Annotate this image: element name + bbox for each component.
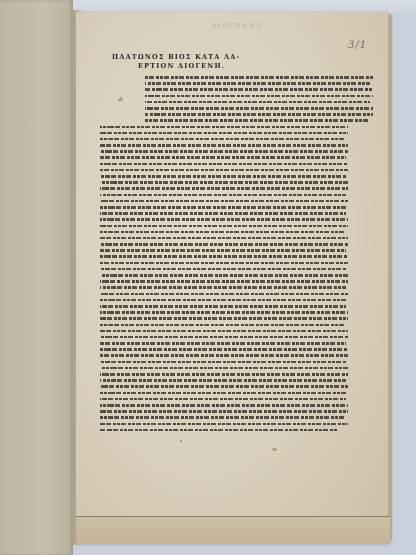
text-line [100,249,346,252]
text-line [100,138,346,141]
text-line [100,423,348,426]
text-line [100,206,348,209]
text-line [100,410,348,413]
text-line [145,113,373,116]
text-line [100,305,346,308]
text-line [100,243,348,246]
text-line [100,286,346,289]
page-edge [388,14,392,541]
text-line [100,225,348,228]
text-line [145,107,373,110]
text-line [100,361,346,364]
body-text-block [100,76,348,435]
text-line [100,317,348,320]
text-line [100,156,346,159]
text-line [100,194,346,197]
text-line [100,336,348,339]
text-line [100,404,348,407]
speck [180,440,182,442]
folio-number: 3/1 [348,40,367,51]
text-line [100,379,346,382]
text-line [100,262,348,265]
running-head-ghost: ΔΙΟΓΕΝΗΣ [212,23,263,30]
text-line [100,385,348,388]
text-line [100,144,348,147]
text-line [100,218,348,221]
text-line [100,181,348,184]
chapter-heading: ΠΛΑΤΩΝΟΣ ΒΙΟΣ ΚΑΤΑ ΛΑ- ΕΡΤΙΟΝ ΔΙΟΓΕΝΗ. [112,53,342,71]
heading-line-1: ΠΛΑΤΩΝΟΣ ΒΙΟΣ ΚΑΤΑ ΛΑ- [112,53,240,61]
text-line [100,299,348,302]
text-line [100,280,348,283]
text-line [100,126,348,129]
text-line [100,324,346,327]
text-line [100,429,338,432]
text-line [100,150,348,153]
text-line [100,200,348,203]
page-bottom-fold [76,516,390,544]
text-line [100,237,348,240]
text-line [100,348,348,351]
text-line [145,88,373,91]
text-line [145,95,373,98]
text-line [100,416,346,419]
text-line [100,392,348,395]
text-line [100,354,348,357]
text-line [100,342,346,345]
text-line [100,398,346,401]
text-line [145,119,371,122]
text-line [100,163,348,166]
text-line [100,373,348,376]
text-line [100,367,348,370]
heading-line-2: ΕΡΤΙΟΝ ΔΙΟΓΕΝΗ. [112,62,342,71]
left-page [0,0,73,555]
text-line [100,255,348,258]
text-line [100,231,346,234]
text-line [145,76,373,79]
text-line [100,187,348,190]
text-line [100,311,348,314]
text-line [100,212,346,215]
text-line [100,274,348,277]
text-line [100,132,348,135]
text-line [100,175,346,178]
text-line [100,330,348,333]
text-line [100,268,346,271]
text-line [100,293,348,296]
text-line [145,101,371,104]
text-line [145,82,371,85]
ink-stain [272,448,277,451]
text-line [100,169,348,172]
